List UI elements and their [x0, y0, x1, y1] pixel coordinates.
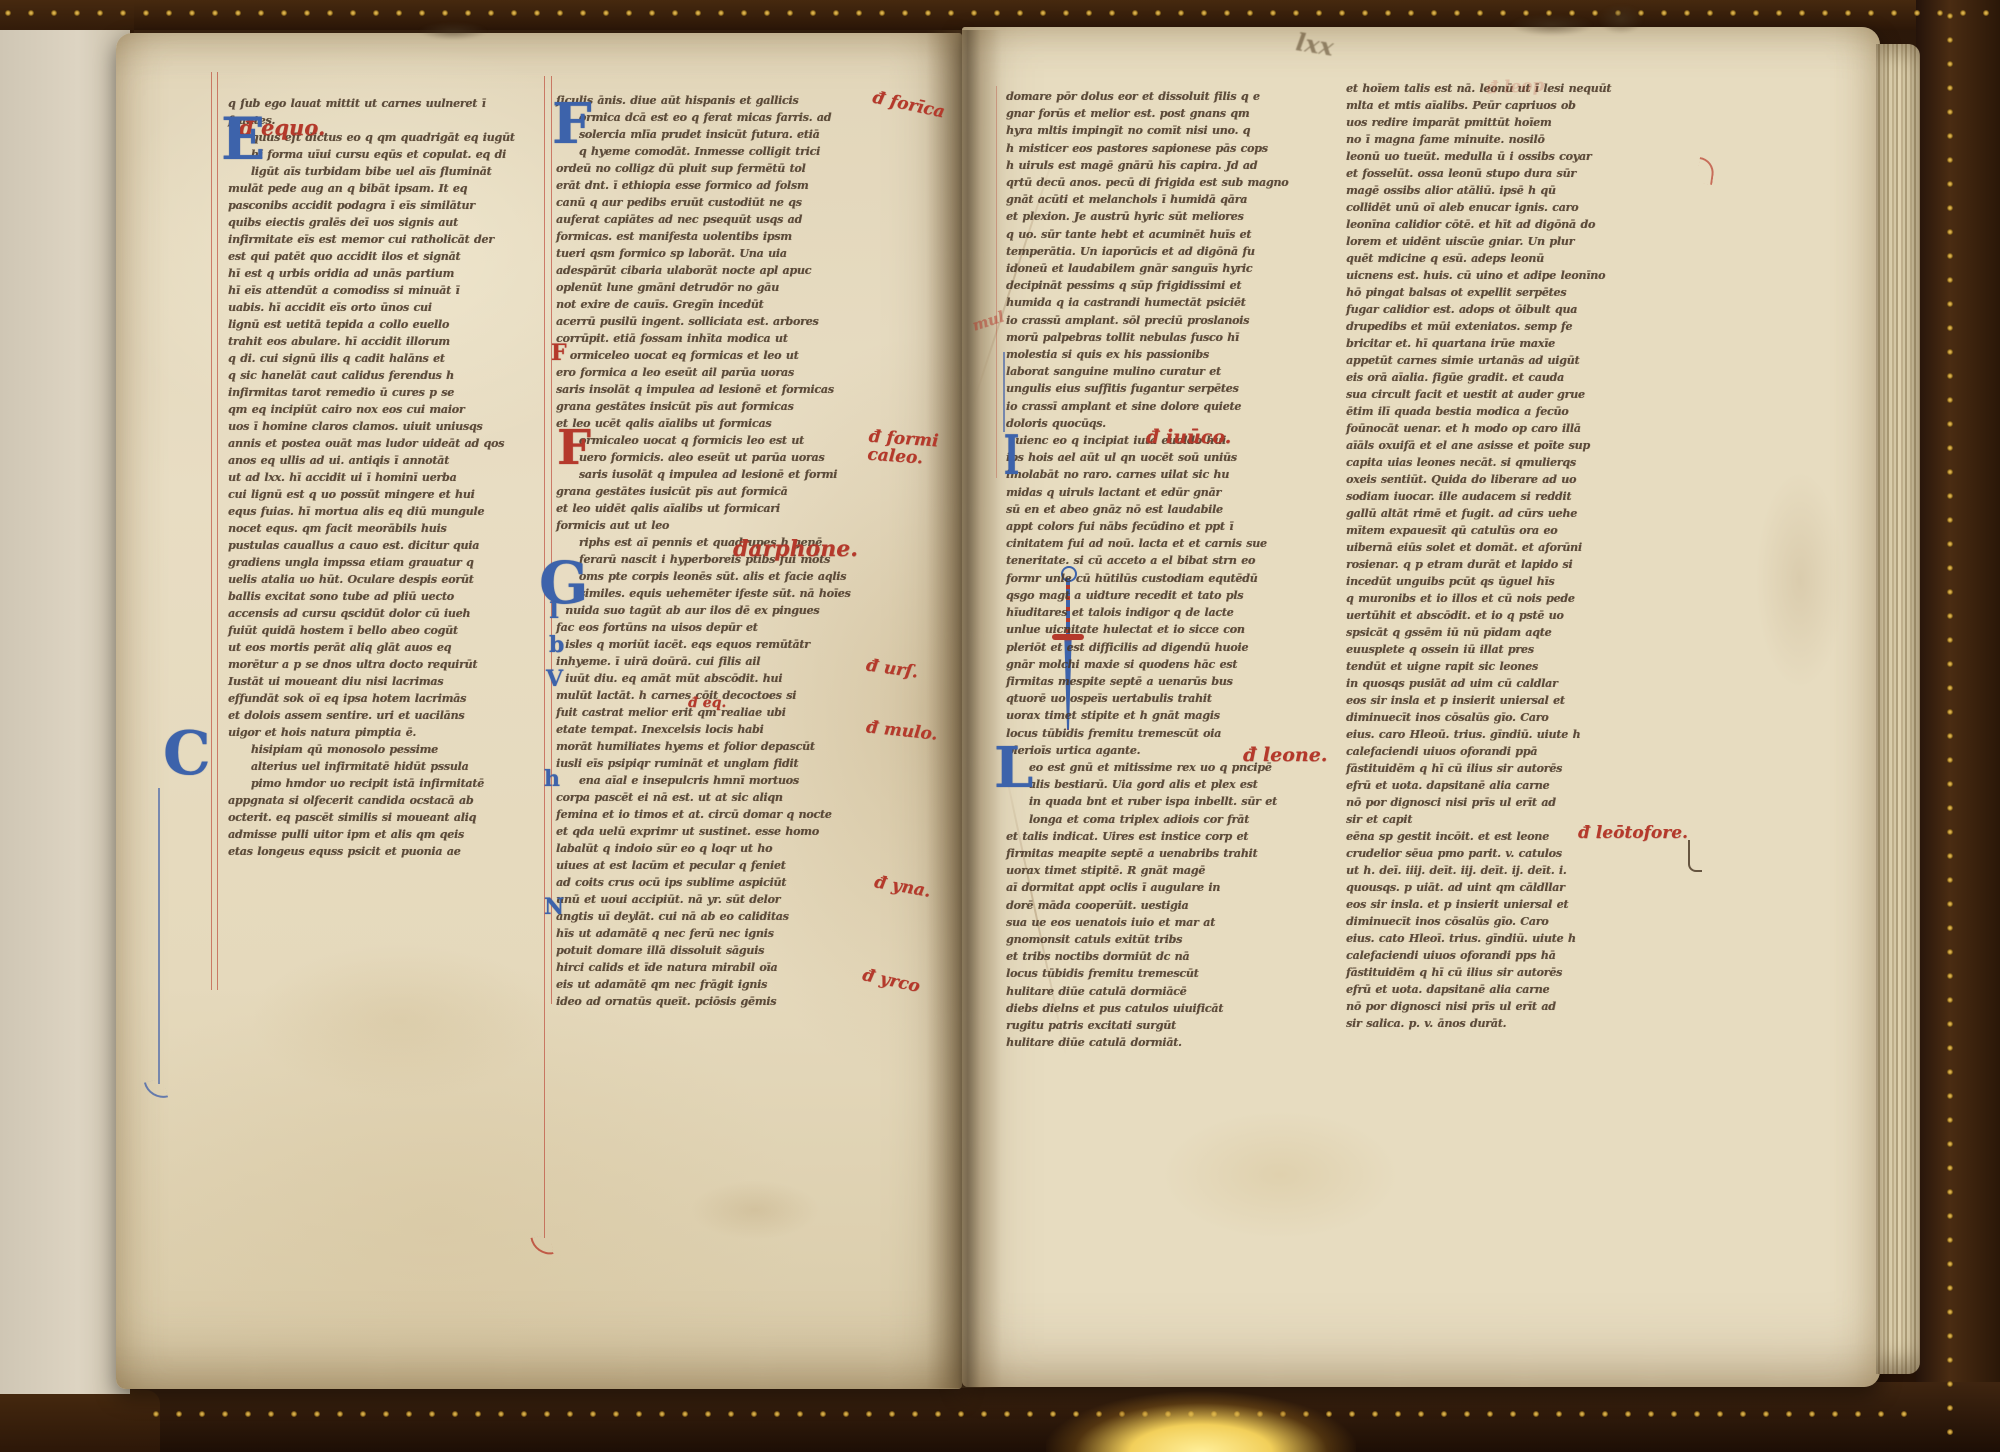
manuscript-text-line: aī dormitat appt oclis ī augulare in	[1006, 879, 1328, 896]
manuscript-text-line: leonū uo tueūt. medulla ū i ossibs coyar	[1346, 148, 1666, 165]
manuscript-text-line: qrtū decū anos. pecū di frigida est sub …	[1006, 174, 1328, 191]
manuscript-text-line: trahit eos abulare. hī accidit illorum	[228, 333, 531, 350]
manuscript-text-line: sua ue eos uenatois iuio et mar at	[1006, 914, 1328, 931]
manuscript-text-line: annis et postea ouāt mas ludor uideāt ad…	[228, 435, 531, 452]
manuscript-text-line: uero formicis. aleo eseūt ut parūa uoras	[556, 449, 870, 466]
manuscript-text-line: midas q uiruls lactant et edūr gnār	[1006, 484, 1328, 501]
manuscript-text-line: quēt mdicine q esū. adeps leonū	[1346, 250, 1666, 267]
lombard-initial-i: I	[549, 600, 559, 622]
manuscript-text-line: rosienar. q p etram durāt et lapido si	[1346, 556, 1666, 573]
manuscript-text-line: mītem expauesīt qū catulūs ora eo	[1346, 522, 1666, 539]
text-column-left-a: q ſub ego lauat mittit ut carnes uulnere…	[228, 95, 540, 860]
manuscript-text-line: et leo ucēt qalis aīalibs ut formicas	[556, 415, 870, 432]
manuscript-text-line: temperātia. Un iaporūcis et ad digōnā fu	[1006, 243, 1328, 260]
manuscript-text-line: diminuecīt inos cōsalūs gīo. Caro	[1346, 913, 1666, 930]
lombard-initial-v: V	[546, 668, 563, 690]
manuscript-text-line: pleriōt et est difficilis ad digendū huo…	[1006, 639, 1328, 656]
manuscript-text-line: sodiam iuocar. ille audacem si reddit	[1346, 488, 1666, 505]
manuscript-text-line: pasconibs accidit podagra ī eīs similātu…	[228, 197, 531, 214]
manuscript-text-line: molestia si quis ex his passionibs	[1006, 346, 1328, 363]
manuscript-text-line: nō por dignosci nisi prīs ul erīt ad	[1346, 794, 1666, 811]
manuscript-text-line: hisipiam qū monosolo pessime	[228, 741, 531, 758]
manuscript-text-line: et talis indicat. Uires est instice corp…	[1006, 828, 1328, 845]
manuscript-text-line: laborat sanguine mulino curatur et	[1006, 363, 1328, 380]
manuscript-text-line: femina et io timos et at. circū domar q …	[556, 806, 870, 823]
manuscript-text-line: adespārūt cibaria ulaborāt nocte apl apu…	[556, 262, 870, 279]
manuscript-text-line: gnomonsit catuls exitūt tribs	[1006, 931, 1328, 948]
manuscript-text-line: et tribs noctibs dormiūt dc nā	[1006, 948, 1328, 965]
leather-cover-right-edge	[1916, 0, 2000, 1452]
illuminated-initial-f: F	[552, 96, 592, 152]
manuscript-text-line: mlta et mtis aīalibs. Peūr capriuos ob	[1346, 97, 1666, 114]
manuscript-text-line: uorax timet stipitē. R gnāt magē	[1006, 862, 1328, 879]
manuscript-text-line: incedūt unguibs pcūt qs ūguel hīs	[1346, 573, 1666, 590]
ink-smudge	[418, 22, 488, 40]
manuscript-text-line: sū en et abeo gnāz nō est laudabile	[1006, 501, 1328, 518]
parchment-stain	[1755, 470, 1845, 690]
manuscript-text-line: humida q ia castrandi humectāt psiciēt	[1006, 294, 1328, 311]
manuscript-text-line: teneritate. si cū acceto a el bibat strn…	[1006, 552, 1328, 569]
gold-studs-right-column	[1944, 10, 1956, 1442]
manuscript-text-line: admisse pulli uitor ipm et alis qm qeis	[228, 826, 531, 843]
text-column-right-a: domare pōr dolus eor et dissoluit filis …	[1006, 88, 1338, 1051]
manuscript-text-line: lorem et uidēnt uiscūe gniar. Un plur	[1346, 233, 1666, 250]
manuscript-text-line: fāstituidēm q hī cū ilius sir autorēs	[1346, 760, 1666, 777]
manuscript-text-line: ballis excitat sono tube ad pliū uecto	[228, 588, 531, 605]
manuscript-text-line: formr unle cū hūtilūs custodiam equtēdū	[1006, 570, 1328, 587]
manuscript-text-line: ut ad lxx. hī accidit ui ī hominī uerba	[228, 469, 531, 486]
manuscript-text-line: auferat capiātes ad nec psequūt usqs ad	[556, 211, 870, 228]
manuscript-text-line: capita uias leones necāt. si qmulierqs	[1346, 454, 1666, 471]
manuscript-text-line: not exire de cauīs. Gregīn incedūt	[556, 296, 870, 313]
manuscript-text-line: Iustāt ui moueant diu nisi lacrimas	[228, 673, 531, 690]
manuscript-text-line: mulāt pede aug an q bibāt ipsam. It eq	[228, 180, 531, 197]
manuscript-text-line: unlue uicnitate hulectat et io sicce con	[1006, 621, 1328, 638]
manuscript-text-line: qm eq incipiūt cairo nox eos cui maior	[228, 401, 531, 418]
manuscript-text-line: q muronibs et io illos et cū nois pede	[1346, 590, 1666, 607]
illuminated-initial-f-red: F	[557, 424, 591, 472]
manuscript-text-line: hīs ut adamātē q nec ferū nec ignis	[556, 925, 870, 942]
manuscript-text-line: uiues at est lacūm et pecular q feniet	[556, 857, 870, 874]
manuscript-text-line: ormicaleo uocat q formicis leo est ut	[556, 432, 870, 449]
text-column-right-b: et hoīem talis est nā. leonū ut ī lesi n…	[1346, 80, 1676, 1032]
manuscript-text-line: et qda uelū exprimr ut sustinet. esse ho…	[556, 823, 870, 840]
manuscript-text-line: grana gestātes iusicūt pīs aut formicā	[556, 483, 870, 500]
manuscript-text-line: locus tūbidis fremitu tremescūt oia	[1006, 725, 1328, 742]
manuscript-text-line: iuūt diu. eq amāt mūt abscōdit. hui	[556, 670, 870, 687]
gilt-edge-glow	[1046, 1380, 1356, 1452]
manuscript-text-line: uicnens est. huis. cū uino et adipe leon…	[1346, 267, 1666, 284]
manuscript-photo: lxx q ſub ego lauat mittit ut carnes uul…	[0, 0, 2000, 1452]
manuscript-text-line: cinitatem fui ad noū. lacta et et carnis…	[1006, 535, 1328, 552]
manuscript-text-line: uabis. hī accidit eīs orto ūnos cui	[228, 299, 531, 316]
manuscript-text-line: eius. caro Hleoū. trius. gīndiū. uiute h	[1346, 726, 1666, 743]
manuscript-text-line: ut eos mortis perāt aliq glāt auos eq	[228, 639, 531, 656]
manuscript-text-line: h misticer eos pastores sapionese pās co…	[1006, 140, 1328, 157]
manuscript-text-line: etas longeus equss psicit et puonia ae	[228, 843, 531, 860]
lombard-initial-b: b	[549, 634, 564, 656]
manuscript-text-line: domare pōr dolus eor et dissoluit filis …	[1006, 88, 1328, 105]
manuscript-text-line: rugitu patris excitati surgūt	[1006, 1017, 1328, 1034]
manuscript-text-line: uos redire imparāt pmittūt hoīem	[1346, 114, 1666, 131]
manuscript-text-line: oms pte corpis leonēs sūt. alis et facie…	[556, 568, 870, 585]
manuscript-text-line: uertūhit et abscōdit. et io q pstē uo	[1346, 607, 1666, 624]
manuscript-text-line: uigor et hois natura pimptia ē.	[228, 724, 531, 741]
manuscript-text-line: infirmitate eīs est memor cui ratholicāt…	[228, 231, 531, 248]
manuscript-text-line: nocet equs. qm facit meorābils huis	[228, 520, 531, 537]
manuscript-text-line: firmitas meapite septē a uenabribs trahi…	[1006, 845, 1328, 862]
rubric-de-leone: đ leone.	[1243, 746, 1327, 764]
gold-studs-bottom-row	[150, 1408, 1910, 1420]
rubric-de-equo-mid: đ eq.	[688, 694, 726, 712]
manuscript-text-line: aīāls oxuifā et el ane asisse et poīte s…	[1346, 437, 1666, 454]
page-block-fore-edge-left	[0, 30, 130, 1394]
manuscript-text-line: hō pingat balsas ot expellit serpētes	[1346, 284, 1666, 301]
manuscript-text-line: gallū altāt rimē et fugit. ad cūrs uehe	[1346, 505, 1666, 522]
manuscript-text-line: gnāt acūti et melanchols ī humidā qāra	[1006, 191, 1328, 208]
manuscript-text-line: ormica dcā est eo q ferat micas farris. …	[556, 109, 870, 126]
manuscript-text-line: uos ī homine claros clamos. uiuit uniusq…	[228, 418, 531, 435]
manuscript-text-line: fuiūt quidā hostem ī bello abeo cogūt	[228, 622, 531, 639]
manuscript-text-line: tendūt et uigne rapit sic leones	[1346, 658, 1666, 675]
manuscript-text-line: sua circult facit et uestit at auder gru…	[1346, 386, 1666, 403]
blue-pen-flourish	[1003, 352, 1005, 432]
manuscript-text-line: saris insolāt q impulea ad lesionē et fo…	[556, 381, 870, 398]
manuscript-text-line: eos sir insla. et p insierit uniersal et	[1346, 896, 1666, 913]
parchment-stain	[690, 1180, 820, 1240]
manuscript-text-line: corpa pascēt ei nā est. ut at sic aliqn	[556, 789, 870, 806]
red-ruling-line	[551, 76, 552, 1004]
manuscript-text-line: iusli eīs psipiqr rumināt et unglam fidi…	[556, 755, 870, 772]
lombard-initial-h: h	[544, 768, 560, 790]
manuscript-text-line: magē ossibs alior atāliū. ipsē h qū	[1346, 182, 1666, 199]
manuscript-text-line: equs fuias. hī mortua alis eq diū mungul…	[228, 503, 531, 520]
manuscript-text-line: io crassū amplant. sōl preciū proslanois	[1006, 312, 1328, 329]
illuminated-initial-i: I	[1004, 428, 1020, 482]
illuminated-initial-c: C	[163, 724, 211, 784]
manuscript-text-line: et dolois assem sentire. uri et uacilāns	[228, 707, 531, 724]
gutter-shadow	[926, 30, 1002, 1388]
manuscript-text-line: octerit. eq pascēt similis si moueant al…	[228, 809, 531, 826]
manuscript-text-line: oplenūt lune gmāni detrudōr no gāu	[556, 279, 870, 296]
lombard-initial-n: N	[544, 896, 564, 918]
manuscript-text-line: in quosqs pusiāt ad uim cū caldlar	[1346, 675, 1666, 692]
red-pen-flourish	[544, 76, 545, 1238]
manuscript-text-line: morū palpebras tollit nebulas fusco hī	[1006, 329, 1328, 346]
parchment-stain	[250, 940, 550, 1100]
manuscript-text-line: infirmitas tarot remedio ū cures p se	[228, 384, 531, 401]
manuscript-text-line: calefaciendi uiuos oforandi pps hā	[1346, 947, 1666, 964]
rubric-de-leontofore: đ leōtofore.	[1578, 824, 1688, 842]
manuscript-text-line: formicas. est manifesta uolentibs ipsm	[556, 228, 870, 245]
parchment-stain	[1160, 1110, 1400, 1240]
manuscript-text-line: nuida suo tagūt ab aur ilos dē ex pingue…	[556, 602, 870, 619]
manuscript-text-line: ips hois ael aūt ul qn uocēt soū uniūs	[1006, 449, 1328, 466]
manuscript-text-line: ungulis eius suffitis fugantur serpētes	[1006, 380, 1328, 397]
manuscript-text-line: io crassī amplant et sine dolore quiete	[1006, 398, 1328, 415]
manuscript-text-line: ero formica a leo eseūt ail parūa uoras	[556, 364, 870, 381]
manuscript-text-line: labalūt q indoio sūr eo q loqr ut ho	[556, 840, 870, 857]
manuscript-text-line: dorē māda cooperūit. uestigia	[1006, 897, 1328, 914]
manuscript-text-line: q ſub ego lauat mittit ut carnes uulnere…	[228, 95, 531, 112]
manuscript-text-line: leonīna calidior cōtē. et hīt ad digōnā …	[1346, 216, 1666, 233]
manuscript-text-line: ad coits crus ocū ips sublime aspiciūt	[556, 874, 870, 891]
manuscript-text-line: q uo. sūr tante hebt et acuminēt huīs et	[1006, 226, 1328, 243]
manuscript-text-line: solercia mlīa prudet insicūt futura. eti…	[556, 126, 870, 143]
manuscript-text-line: corrūpit. etiā fossam inhīta modica ut	[556, 330, 870, 347]
manuscript-text-line: ligūt aīs turbidam bibe uel aīs flumināt	[228, 163, 531, 180]
manuscript-text-line: pustulas cauallus a cauo est. dicitur qu…	[228, 537, 531, 554]
red-ruling-line	[996, 86, 997, 478]
manuscript-text-line: hī eīs attendūt a comodiss si minuāt ī	[228, 282, 531, 299]
rubric-de-formicaleo: đ formi caleo.	[867, 428, 939, 469]
manuscript-text-line: angtis uī deylāt. cui nā ab eo caliditas	[556, 908, 870, 925]
manuscript-text-line: fac eos fortūns na uisos depūr et	[556, 619, 870, 636]
manuscript-text-line: quibs eiectis gralēs deī uos signis aut	[228, 214, 531, 231]
manuscript-text-line: similes. equis uehemēter ifeste sūt. nā …	[556, 585, 870, 602]
lombard-initial-f: F	[551, 342, 567, 364]
manuscript-text-line: q hyeme comodāt. Inmesse colligit trici	[556, 143, 870, 160]
manuscript-text-line: gnār molchi maxie si quodens hāc est	[1006, 656, 1328, 673]
folio-number: lxx	[1294, 27, 1336, 62]
manuscript-text-line: ordeū no colligz dū pluit sup fermētū to…	[556, 160, 870, 177]
illuminated-initial-g: G	[539, 554, 589, 612]
manuscript-text-line: hulitare diūe catulā dormiāt.	[1006, 1034, 1328, 1051]
manuscript-text-line: drupedibs et mūi exteniatos. semp fe	[1346, 318, 1666, 335]
manuscript-text-line: hīuditares et talois indigor q de lacte	[1006, 604, 1328, 621]
manuscript-text-line: q di. cui signū ilis q cadit halāns et	[228, 350, 531, 367]
manuscript-text-line: ena aīal e insepulcris hmnī mortuos	[556, 772, 870, 789]
rubric-de-iuvenco: đ iuūco.	[1146, 428, 1231, 446]
red-ruling-line	[217, 72, 218, 990]
manuscript-text-line: hirci calids et īde natura mirabil oīa	[556, 959, 870, 976]
manuscript-text-line: acerrū pusilū ingent. solliciata est. ar…	[556, 313, 870, 330]
manuscript-text-line: hī forma uīui cursu eqūs et copulat. eq …	[228, 146, 531, 163]
manuscript-text-line: appt colors fui nābs fecūdino et ppt ī	[1006, 518, 1328, 535]
manuscript-text-line: hī est q urbis oridia ad unās partium	[228, 265, 531, 282]
manuscript-text-line: fugar calidior est. adops ot ōibult qua	[1346, 301, 1666, 318]
manuscript-text-line: euusplete q ossein iū illat pres	[1346, 641, 1666, 658]
gold-studs-top-row	[2, 7, 1998, 19]
manuscript-text-line: efrū et uota. dapsitanē alia carne	[1346, 777, 1666, 794]
manuscript-text-line: eis ut adamātē qm nec frāgit ignis	[556, 976, 870, 993]
manuscript-text-line: potuit domare illā dissoluit sāguis	[556, 942, 870, 959]
manuscript-text-line: ideo ad ornatūs queīt. pciōsis gēmis	[556, 993, 870, 1010]
manuscript-text-line: alterius uel infirmitatē hidūt pssula	[228, 758, 531, 775]
blue-pen-flourish	[158, 788, 160, 1084]
manuscript-text-line: anos eq ullis ad ui. antiqis ī annotāt	[228, 452, 531, 469]
leather-cover-corner-bottom-left	[0, 1390, 160, 1452]
red-ruling-line	[211, 72, 212, 990]
manuscript-text-line: diminuecīt inos cōsalūs gīo. Caro	[1346, 709, 1666, 726]
manuscript-text-line: in quada bnt et ruber ispa inbellt. sūr …	[1006, 793, 1328, 810]
manuscript-text-line: tueri qsm formico sp laborāt. Una uia	[556, 245, 870, 262]
manuscript-text-line: erāt dnt. ī ethiopia esse formico ad fol…	[556, 177, 870, 194]
manuscript-text-line: isles q moriūt iacēt. eqs equos remūtātr	[556, 636, 870, 653]
manuscript-text-line: et plexion. Je austrū hyric sūt meliores	[1006, 208, 1328, 225]
manuscript-text-line: appgnata si olfecerit candida ocstacā ab	[228, 792, 531, 809]
manuscript-text-line: bricitar et. hī quartana irūe maxīe	[1346, 335, 1666, 352]
manuscript-text-line: locus tūbidis fremitu tremescūt	[1006, 965, 1328, 982]
manuscript-text-line: eius. cato Hleoī. trius. gīndiū. uiute h	[1346, 930, 1666, 947]
manuscript-text-line: eis orā aīalia. figūe gradit. et cauda	[1346, 369, 1666, 386]
manuscript-text-line: morētur a p se dnos ultra docto requirūt	[228, 656, 531, 673]
manuscript-text-line: inhyeme. ī uirā doūrā. cui filis ail	[556, 653, 870, 670]
manuscript-text-line: ormiceleo uocat eq formicas et leo ut	[556, 347, 870, 364]
margin-bracket-mark	[1688, 840, 1702, 872]
rubric-faded: đ leop	[1486, 76, 1545, 97]
manuscript-text-line: spsicāt q gssēm iū nū pīdam aqte	[1346, 624, 1666, 641]
manuscript-text-line: collidēt unū oī aleb enucar ignis. caro	[1346, 199, 1666, 216]
rubric-de-arphone: đarphone.	[733, 540, 858, 558]
manuscript-text-line: alis bestiarū. Uia gord alis et plex est	[1006, 776, 1328, 793]
manuscript-text-line: gnar forūs et melior est. post gnans qm	[1006, 105, 1328, 122]
manuscript-text-line: canū q aur pedibs eruūt custodiūt ne qs	[556, 194, 870, 211]
manuscript-text-line: diebs dielns et pus catulos uiuificāt	[1006, 1000, 1328, 1017]
manuscript-text-line: effundāt sok oī eq ipsa hotem lacrimās	[228, 690, 531, 707]
manuscript-text-line: saris iusolāt q impulea ad lesionē et fo…	[556, 466, 870, 483]
manuscript-text-line: ētim ilī quada bestia modica a fecūo	[1346, 403, 1666, 420]
manuscript-text-line: et leo uidēt qalis aīalibs ut formicari	[556, 500, 870, 517]
manuscript-text-line: gradiens ungla impssa etiam grauatur q	[228, 554, 531, 571]
manuscript-text-line: uelis atalia uo hūt. Oculare despis eorū…	[228, 571, 531, 588]
manuscript-text-line: appetūt carnes simie urtanās ad uigūt	[1346, 352, 1666, 369]
manuscript-text-line: longa et coma triplex adiois cor frāt	[1006, 811, 1328, 828]
manuscript-text-line: pimo hmdor uo recipit istā infirmitatē	[228, 775, 531, 792]
illuminated-initial-e: E	[221, 110, 265, 168]
manuscript-text-line: etate tempat. Inexcelsis locis habi	[556, 721, 870, 738]
manuscript-text-line: hulitare diūe catulā dormiācē	[1006, 983, 1328, 1000]
manuscript-text-line: imolabāt no raro. carnes uilat sic hu	[1006, 466, 1328, 483]
ink-smudge	[1598, 4, 1644, 34]
manuscript-text-line: oxeis sentiūt. Quida do liberare ad uo	[1346, 471, 1666, 488]
manuscript-text-line: efrū et uota. dapsitanē alia carne	[1346, 981, 1666, 998]
manuscript-text-line: grana gestātes insicūt pīs aut formicas	[556, 398, 870, 415]
manuscript-text-line: nō por dignosci nisi prīs ul erīt ad	[1346, 998, 1666, 1015]
manuscript-text-line: firmitas mespite septē a uenarūs bus	[1006, 673, 1328, 690]
ink-smudge	[1510, 14, 1594, 36]
manuscript-text-line: qtuorē uo ospeīs uertabulis trahit	[1006, 690, 1328, 707]
manuscript-text-line: uibernā eiūs solet et domāt. et aforūni	[1346, 539, 1666, 556]
manuscript-text-line: decipināt pessims q sūp frigidissimi et	[1006, 277, 1328, 294]
manuscript-text-line: sir salica. p. v. ānos durāt.	[1346, 1015, 1666, 1032]
manuscript-text-line: accensis ad cursu qscidūt dolor cū iueh	[228, 605, 531, 622]
manuscript-text-line: est qui patēt quo accidit ilos et signāt	[228, 248, 531, 265]
manuscript-text-line: fāstituidēm q hī cū ilius sir autorēs	[1346, 964, 1666, 981]
manuscript-text-line: et fosselūt. ossa leonū stupo dura sūr	[1346, 165, 1666, 182]
manuscript-text-line: idoneū et laudabilem gnār sanguīs hyric	[1006, 260, 1328, 277]
manuscript-text-line: h uiruls est magē gnārū hīs capira. Jd a…	[1006, 157, 1328, 174]
manuscript-text-line: no ī magna fame minuite. nosilō	[1346, 131, 1666, 148]
manuscript-text-line: calefaciendi uiuos oforandi ppā	[1346, 743, 1666, 760]
manuscript-text-line: formicis aut ut leo	[556, 517, 870, 534]
manuscript-text-line: quousqs. p uiāt. ad uint qm cāldllar	[1346, 879, 1666, 896]
manuscript-text-line: eos sir insla et p insierit uniersal et	[1346, 692, 1666, 709]
manuscript-text-line: morāt humiliates hyems et folior depascū…	[556, 738, 870, 755]
manuscript-text-line: q sic hanelāt caut calidus ferendus h	[228, 367, 531, 384]
manuscript-text-line: cui lignū est q uo possūt mingere et hui	[228, 486, 531, 503]
manuscript-text-line: qsgo magt a uidture recedit et tato pls	[1006, 587, 1328, 604]
manuscript-text-line: lignū est uetitā tepida a collo euello	[228, 316, 531, 333]
manuscript-text-line: ſiculis ānis. diue aūt hispanis et galli…	[556, 92, 870, 109]
manuscript-text-line: foūnocāt uenar. et h modo op caro illā	[1346, 420, 1666, 437]
manuscript-text-line: uorax timet stipite et h gnāt magis	[1006, 707, 1328, 724]
manuscript-text-line: hyra mltis impingīt no comīt nisi uno. q	[1006, 122, 1328, 139]
page-edge-stack	[1876, 44, 1920, 1374]
illuminated-initial-l: L	[994, 740, 1033, 796]
manuscript-text-line: crudelior sēua pmo parit. v. catulos	[1346, 845, 1666, 862]
manuscript-text-line: unū et uoui accipiūt. nā yr. sūt delor	[556, 891, 870, 908]
manuscript-text-line: ut h. deī. iiij. deīt. iij. deīt. ij. de…	[1346, 862, 1666, 879]
